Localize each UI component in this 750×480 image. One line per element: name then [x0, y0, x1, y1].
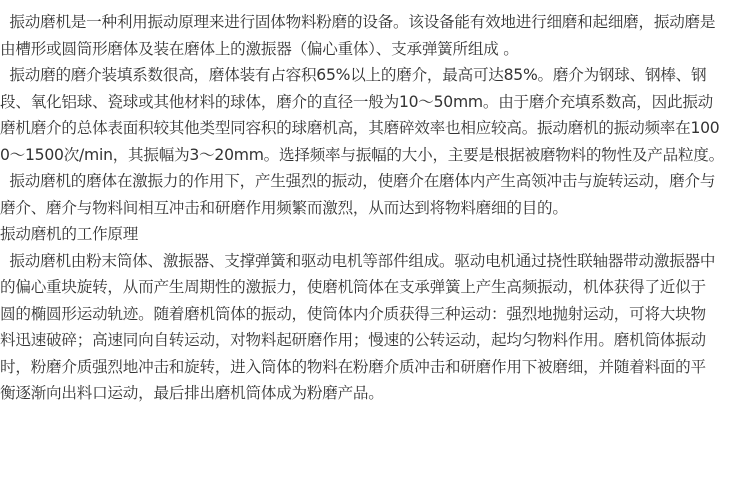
heading-text: 振动磨机的工作原理 — [0, 221, 750, 248]
text-line: 圆的椭圆形运动轨迹。随着磨机筒体的振动，使筒体内介质获得三种运动：强烈地抛射运动… — [0, 301, 750, 328]
section-heading-working-principle: 振动磨机的工作原理 — [0, 221, 750, 248]
text-line: 段、氧化铝球、瓷球或其他材料的球体，磨介的直径一般为10～50mm。由于磨介充填… — [0, 89, 750, 116]
text-line: 的偏心重块旋转，从而产生周期性的激振力，使磨机筒体在支承弹簧上产生高频振动，机体… — [0, 274, 750, 301]
text-line: 振动磨机由粉末筒体、激振器、支撑弹簧和驱动电机等部件组成。驱动电机通过挠性联轴器… — [0, 248, 750, 275]
text-line: 磨介、磨介与物料间相互冲击和研磨作用频繁而激烈，从而达到将物料磨细的目的。 — [0, 195, 750, 222]
paragraph-media-filling: 振动磨的磨介装填系数很高，磨体装有占容积65%以上的磨介，最高可达85%。磨介为… — [0, 62, 750, 168]
text-line: 振动磨机是一种利用振动原理来进行固体物料粉磨的设备。该设备能有效地进行细磨和起细… — [0, 9, 750, 36]
text-line: 时，粉磨介质强烈地冲击和旋转，进入筒体的物料在粉磨介质冲击和研磨作用下被磨细，并… — [0, 354, 750, 381]
text-line: 由槽形或圆筒形磨体及装在磨体上的激振器（偏心重体）、支承弹簧所组成 。 — [0, 36, 750, 63]
text-line: 磨机磨介的总体表面积较其他类型同容积的球磨机高，其磨碎效率也相应较高。振动磨机的… — [0, 115, 750, 142]
text-line: 衡逐渐向出料口运动，最后排出磨机筒体成为粉磨产品。 — [0, 380, 750, 407]
text-line: 料迅速破碎；高速同向自转运动，对物料起研磨作用；慢速的公转运动，起均匀物料作用。… — [0, 327, 750, 354]
paragraph-working-principle: 振动磨机由粉末筒体、激振器、支撑弹簧和驱动电机等部件组成。驱动电机通过挠性联轴器… — [0, 248, 750, 407]
text-line: 0～1500次/min，其振幅为3～20mm。选择频率与振幅的大小，主要是根据被… — [0, 142, 750, 169]
paragraph-vibration-effect: 振动磨机的磨体在激振力的作用下，产生强烈的振动，使磨介在磨体内产生高领冲击与旋转… — [0, 168, 750, 221]
article-body: 振动磨机是一种利用振动原理来进行固体物料粉磨的设备。该设备能有效地进行细磨和起细… — [0, 9, 750, 407]
text-line: 振动磨机的磨体在激振力的作用下，产生强烈的振动，使磨介在磨体内产生高领冲击与旋转… — [0, 168, 750, 195]
paragraph-intro: 振动磨机是一种利用振动原理来进行固体物料粉磨的设备。该设备能有效地进行细磨和起细… — [0, 9, 750, 62]
text-line: 振动磨的磨介装填系数很高，磨体装有占容积65%以上的磨介，最高可达85%。磨介为… — [0, 62, 750, 89]
